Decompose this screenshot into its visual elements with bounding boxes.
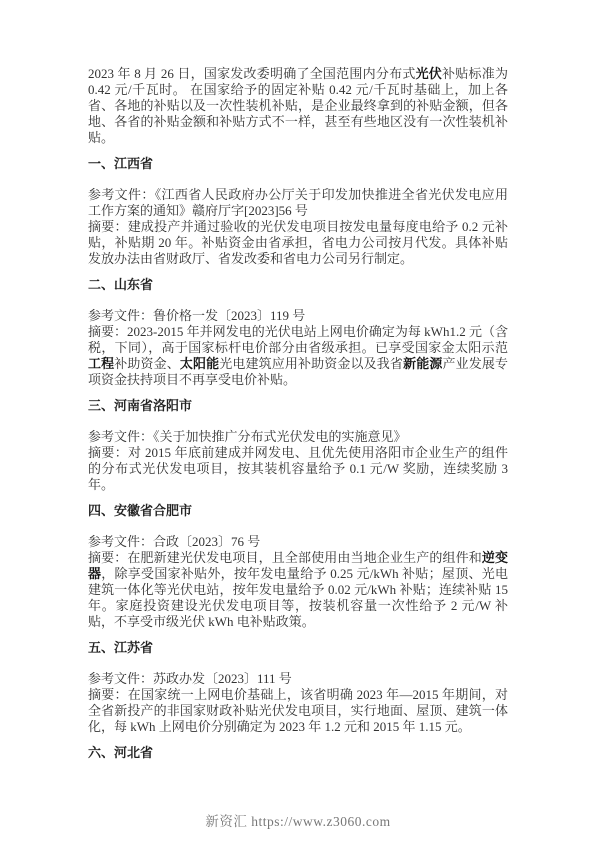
section-jiangxi: 一、江西省 参考文件：《江西省人民政府办公厅关于印发加快推进全省光伏发电应用工作… (88, 156, 508, 267)
intro-text: 2023 年 8 月 26 日，国家发改委明确了全国范围内分布式 (88, 66, 416, 81)
reference-line: 参考文件：《江西省人民政府办公厅关于印发加快推进全省光伏发电应用工作方案的通知》… (88, 187, 508, 219)
section-heading: 三、河南省洛阳市 (88, 398, 508, 414)
section-heading: 六、河北省 (88, 745, 508, 761)
section-anhui-hefei: 四、安徽省合肥市 参考文件：合政〔2023〕76 号 摘要：在肥新建光伏发电项目… (88, 503, 508, 630)
summary-paragraph: 摘要：建成投产并通过验收的光伏发电项目按发电量每度电给予 0.2 元补贴，补贴期… (88, 219, 508, 267)
section-heading: 一、江西省 (88, 156, 508, 172)
section-shandong: 二、山东省 参考文件：鲁价格一发〔2023〕119 号 摘要：2023-2015… (88, 277, 508, 388)
summary-paragraph: 摘要：对 2015 年底前建成并网发电、且优先使用洛阳市企业生产的组件的分布式光… (88, 445, 508, 493)
summary-text: 光电建筑应用补助资金以及我省 (219, 356, 403, 371)
footer-watermark: 新资汇 https://www.z3060.com (0, 810, 596, 830)
reference-line: 参考文件：《关于加快推广分布式光伏发电的实施意见》 (88, 429, 508, 445)
footer-site-name: 新资汇 (205, 814, 247, 829)
section-jiangsu: 五、江苏省 参考文件：苏政办发〔2023〕111 号 摘要：在国家统一上网电价基… (88, 640, 508, 735)
intro-bold-keyword: 光伏 (416, 66, 442, 81)
reference-line: 参考文件：鲁价格一发〔2023〕119 号 (88, 308, 508, 324)
summary-text: 摘要：在国家统一上网电价基础上，该省明确 2023 年—2015 年期间，对全省… (88, 687, 508, 734)
summary-paragraph: 摘要：在肥新建光伏发电项目，且全部使用由当地企业生产的组件和逆变器，除享受国家补… (88, 550, 508, 630)
summary-bold-keyword: 太阳能 (180, 356, 219, 371)
section-heading: 二、山东省 (88, 277, 508, 293)
section-henan-luoyang: 三、河南省洛阳市 参考文件：《关于加快推广分布式光伏发电的实施意见》 摘要：对 … (88, 398, 508, 493)
summary-text: 摘要：在肥新建光伏发电项目，且全部使用由当地企业生产的组件和 (88, 550, 482, 565)
document-page: 2023 年 8 月 26 日，国家发改委明确了全国范围内分布式光伏补贴标准为 … (88, 66, 508, 776)
summary-text: ，除享受国家补贴外，按年发电量给予 0.25 元/kWh 补贴；屋顶、光电建筑一… (88, 566, 508, 629)
footer-link[interactable]: https://www.z3060.com (251, 814, 390, 829)
reference-line: 参考文件：苏政办发〔2023〕111 号 (88, 671, 508, 687)
reference-line: 参考文件：合政〔2023〕76 号 (88, 534, 508, 550)
section-heading: 五、江苏省 (88, 640, 508, 656)
summary-text: 摘要：2023-2015 年并网发电的光伏电站上网电价确定为每 kWh1.2 元… (88, 324, 508, 355)
summary-text: 摘要：建成投产并通过验收的光伏发电项目按发电量每度电给予 0.2 元补贴，补贴期… (88, 219, 508, 266)
intro-paragraph: 2023 年 8 月 26 日，国家发改委明确了全国范围内分布式光伏补贴标准为 … (88, 66, 508, 146)
section-hebei: 六、河北省 (88, 745, 508, 761)
summary-paragraph: 摘要：在国家统一上网电价基础上，该省明确 2023 年—2015 年期间，对全省… (88, 687, 508, 735)
summary-bold-keyword: 工程 (88, 356, 114, 371)
summary-bold-keyword: 新能源 (403, 356, 442, 371)
summary-text: 摘要：对 2015 年底前建成并网发电、且优先使用洛阳市企业生产的组件的分布式光… (88, 445, 508, 492)
summary-text: 补助资金、 (114, 356, 180, 371)
section-heading: 四、安徽省合肥市 (88, 503, 508, 519)
summary-paragraph: 摘要：2023-2015 年并网发电的光伏电站上网电价确定为每 kWh1.2 元… (88, 324, 508, 388)
